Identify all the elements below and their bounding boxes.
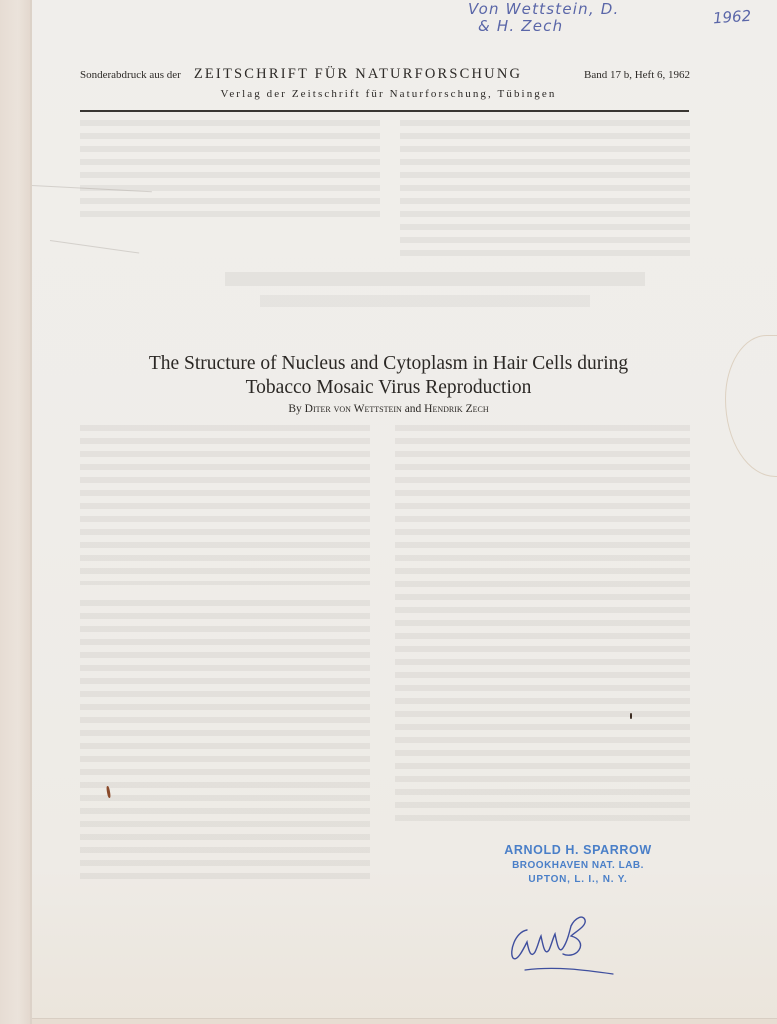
reprint-prefix: Sonderabdruck aus der — [80, 69, 181, 81]
journal-header: Sonderabdruck aus der ZEITSCHRIFT FÜR NA… — [80, 66, 690, 83]
author-2: Hendrik Zech — [424, 403, 488, 415]
bleed-through-text — [395, 425, 690, 825]
bleed-through-title — [260, 295, 590, 307]
article-title: The Structure of Nucleus and Cytoplasm i… — [0, 352, 777, 400]
handwritten-line-2: & H. Zech — [468, 18, 620, 35]
bleed-through-text — [80, 120, 380, 220]
binding-strip — [0, 0, 30, 1024]
stamp-institution: BROOKHAVEN NAT. LAB. — [498, 860, 658, 871]
publisher-line: Verlag der Zeitschrift für Naturforschun… — [0, 88, 777, 100]
handwritten-year: 1962 — [712, 7, 751, 28]
stamp-location: UPTON, L. I., N. Y. — [498, 874, 658, 885]
header-rule — [80, 110, 689, 112]
page-bottom-edge — [32, 1018, 777, 1024]
stamp-name: ARNOLD H. SPARROW — [498, 843, 658, 857]
bleed-through-text — [400, 120, 690, 260]
byline-and: and — [405, 403, 422, 415]
bleed-through-text — [80, 600, 370, 880]
handwritten-line-1: Von Wettstein, D. — [468, 1, 620, 18]
paper-speck — [630, 713, 632, 719]
signature-initials — [505, 912, 635, 977]
issue-info: Band 17 b, Heft 6, 1962 — [584, 69, 690, 81]
bleed-through-text — [80, 425, 370, 585]
title-line-1: The Structure of Nucleus and Cytoplasm i… — [0, 352, 777, 376]
author-byline: By Diter von Wettstein and Hendrik Zech — [0, 403, 777, 415]
title-line-2: Tobacco Mosaic Virus Reproduction — [0, 376, 777, 400]
author-1: Diter von Wettstein — [305, 403, 402, 415]
bleed-through-title — [225, 272, 645, 286]
byline-by: By — [288, 403, 301, 415]
library-stamp: ARNOLD H. SPARROW BROOKHAVEN NAT. LAB. U… — [498, 843, 658, 885]
journal-name: ZEITSCHRIFT FÜR NATURFORSCHUNG — [194, 66, 522, 83]
handwritten-author-note: Von Wettstein, D. & H. Zech — [468, 1, 620, 35]
